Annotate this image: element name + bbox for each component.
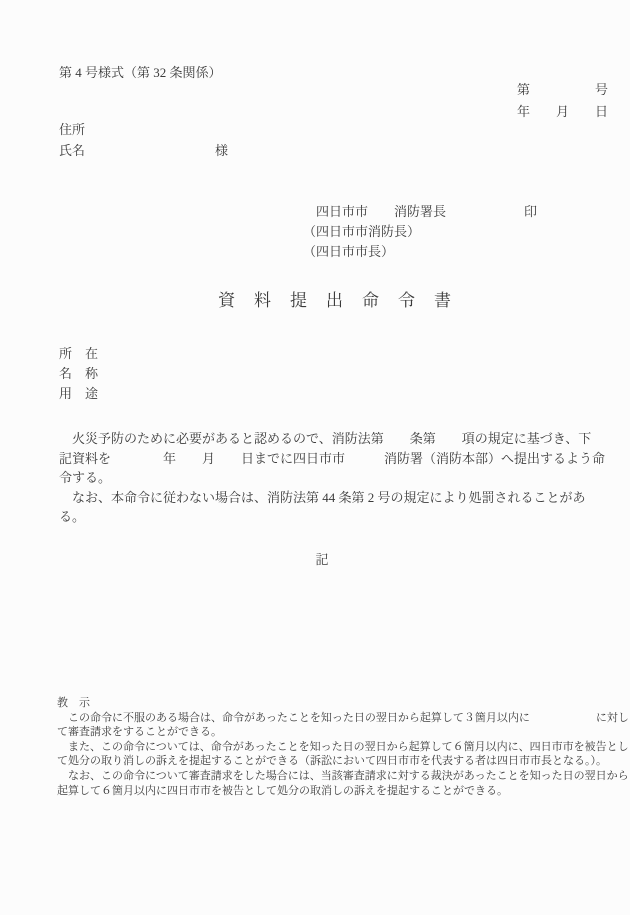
issuer-alt-fire-chief-line: （四日市市消防長） <box>303 222 537 242</box>
property-name-label: 名 称 <box>59 364 98 384</box>
document-number-block: 第 号 年 月 日 <box>517 79 608 123</box>
order-body-line: 令する。 <box>59 468 579 488</box>
issuer-block: 四日市市 消防署長 印 （四日市市消防長） （四日市市長） <box>303 202 537 262</box>
property-location-label: 所 在 <box>59 344 98 364</box>
form-number: 第 4 号様式（第 32 条関係） <box>59 62 222 81</box>
addressee-block: 住所 氏名 様 <box>59 119 228 161</box>
instruction-line: て処分の取り消しの訴えを提起することができる（訴訟において四日市市を代表する者は… <box>57 754 602 769</box>
instruction-line: この命令に不服のある場合は、命令があったことを知った日の翌日から起算して３箇月以… <box>57 711 602 726</box>
instruction-line: なお、この命令について審査請求をした場合には、当該審査請求に対する裁決があったこ… <box>57 769 602 784</box>
issuer-title-seal-line: 四日市市 消防署長 印 <box>303 202 537 222</box>
instruction-heading: 教 示 <box>57 696 602 711</box>
instruction-line: 起算して６箇月以内に四日市市を被告として処分の取消しの訴えを提起することができる… <box>57 784 602 799</box>
order-body-line: なお、本命令に従わない場合は、消防法第 44 条第 2 号の規定により処罰される… <box>59 488 579 508</box>
document-title: 資 料 提 出 命 令 書 <box>0 286 630 311</box>
issuer-alt-mayor-line: （四日市市長） <box>303 242 537 262</box>
instruction-line: また、この命令については、命令があったことを知った日の翌日から起算して６箇月以内… <box>57 740 602 755</box>
ki-marker: 記 <box>0 549 630 568</box>
date-line: 年 月 日 <box>517 101 608 123</box>
address-label: 住所 <box>59 119 228 140</box>
instruction-block: 教 示 この命令に不服のある場合は、命令があったことを知った日の翌日から起算して… <box>57 696 602 798</box>
name-line: 氏名 様 <box>59 140 228 161</box>
document-number-line: 第 号 <box>517 79 608 101</box>
order-body-line: 火災予防のために必要があると認めるので、消防法第 条第 項の規定に基づき、下 <box>59 429 579 449</box>
document-page: 第 4 号様式（第 32 条関係） 第 号 年 月 日 住所 氏名 様 四日市市… <box>0 0 630 915</box>
property-block: 所 在 名 称 用 途 <box>59 344 98 404</box>
order-body: 火災予防のために必要があると認めるので、消防法第 条第 項の規定に基づき、下 記… <box>59 429 579 527</box>
order-body-line: る。 <box>59 507 579 527</box>
instruction-line: て審査請求をすることができる。 <box>57 725 602 740</box>
property-use-label: 用 途 <box>59 384 98 404</box>
order-body-line: 記資料を 年 月 日までに四日市市 消防署（消防本部）へ提出するよう命 <box>59 449 579 469</box>
